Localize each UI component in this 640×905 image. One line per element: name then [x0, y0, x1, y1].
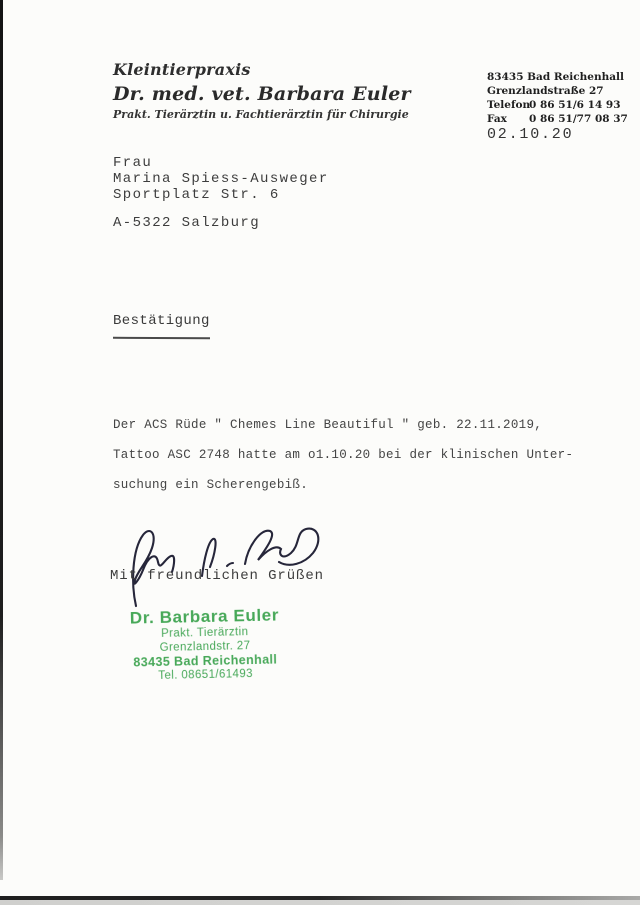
contact-block: 83435 Bad Reichenhall Grenzlandstraße 27… [487, 70, 628, 126]
contact-street: Grenzlandstraße 27 [487, 84, 628, 98]
stamp-name: Dr. Barbara Euler [109, 605, 299, 628]
scan-edge-bottom-strip [0, 900, 640, 905]
practice-stamp: Dr. Barbara Euler Prakt. Tierärztin Gren… [109, 605, 301, 684]
handwritten-signature [112, 520, 327, 610]
body-line-2: Tattoo ASC 2748 hatte am o1.10.20 bei de… [113, 440, 593, 470]
subject-underline [113, 337, 210, 340]
doctor-name: Dr. med. vet. Barbara Euler [113, 83, 411, 105]
recipient-name: Marina Spiess-Ausweger [113, 171, 329, 187]
recipient-street: Sportplatz Str. 6 [113, 187, 329, 203]
recipient-salutation: Frau [113, 155, 329, 171]
letter-date: 02.10.20 [487, 126, 573, 143]
letter-body: Der ACS Rüde " Chemes Line Beautiful " g… [113, 410, 593, 500]
body-line-1: Der ACS Rüde " Chemes Line Beautiful " g… [113, 410, 593, 440]
contact-phone-row: Telefon 0 86 51/6 14 93 [487, 98, 628, 112]
contact-city: 83435 Bad Reichenhall [487, 70, 628, 84]
closing-line: Mit freundlichen Grüßen [110, 568, 324, 584]
contact-fax-row: Fax 0 86 51/77 08 37 [487, 112, 628, 126]
phone-label: Telefon [487, 98, 529, 112]
phone-number: 0 86 51/6 14 93 [529, 98, 621, 112]
body-line-3: suchung ein Scherengebiß. [113, 470, 593, 500]
subject-line: Bestätigung [113, 313, 210, 329]
recipient-city: A-5322 Salzburg [113, 215, 329, 231]
recipient-address: Frau Marina Spiess-Ausweger Sportplatz S… [113, 155, 329, 231]
practice-name: Kleintierpraxis [113, 60, 411, 79]
scan-edge-left [0, 0, 3, 880]
fax-number: 0 86 51/77 08 37 [529, 112, 628, 126]
scanned-letter-page: Kleintierpraxis Dr. med. vet. Barbara Eu… [0, 0, 640, 905]
letterhead: Kleintierpraxis Dr. med. vet. Barbara Eu… [113, 60, 411, 121]
fax-label: Fax [487, 112, 529, 126]
doctor-subtitle: Prakt. Tierärztin u. Fachtierärztin für … [113, 108, 411, 121]
